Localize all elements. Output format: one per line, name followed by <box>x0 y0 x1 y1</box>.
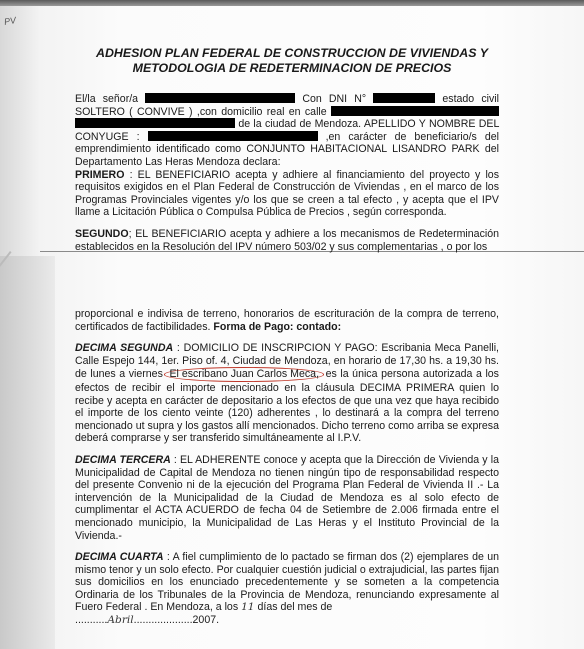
clause-label-decima-cuarta: DECIMA CUARTA <box>75 551 164 563</box>
handwritten-day: 11 <box>241 601 254 613</box>
clause-label-decima-segunda: DECIMA SEGUNDA <box>75 342 173 354</box>
clause-label-segundo: SEGUNDO <box>75 228 129 240</box>
redacted-spouse <box>148 131 318 141</box>
page-shadow <box>0 256 55 649</box>
redacted-name <box>145 93 295 103</box>
clause-label-decima-tercera: DECIMA TERCERA <box>75 454 171 466</box>
scanned-page: PV ADHESION PLAN FEDERAL DE CONSTRUCCION… <box>0 6 584 649</box>
redacted-street <box>331 106 499 116</box>
handwritten-month: Abril <box>107 614 133 626</box>
handwritten-initials: PV <box>3 15 17 27</box>
clause-label-primero: PRIMERO <box>75 169 124 181</box>
document-title-line1: ADHESION PLAN FEDERAL DE CONSTRUCCION DE… <box>0 46 584 61</box>
redacted-address <box>75 118 235 128</box>
redacted-dni <box>373 93 435 103</box>
second-page-body: proporcional e indivisa de terreno, hono… <box>75 308 499 627</box>
red-circled-text: El escribano Juan Carlos Meca, <box>164 367 324 382</box>
intro-paragraph: El/la señor/a Con DNI N° estado civil SO… <box>75 93 499 253</box>
document-title-line2: METODOLOGIA DE REDETERMINACION DE PRECIO… <box>0 61 584 76</box>
